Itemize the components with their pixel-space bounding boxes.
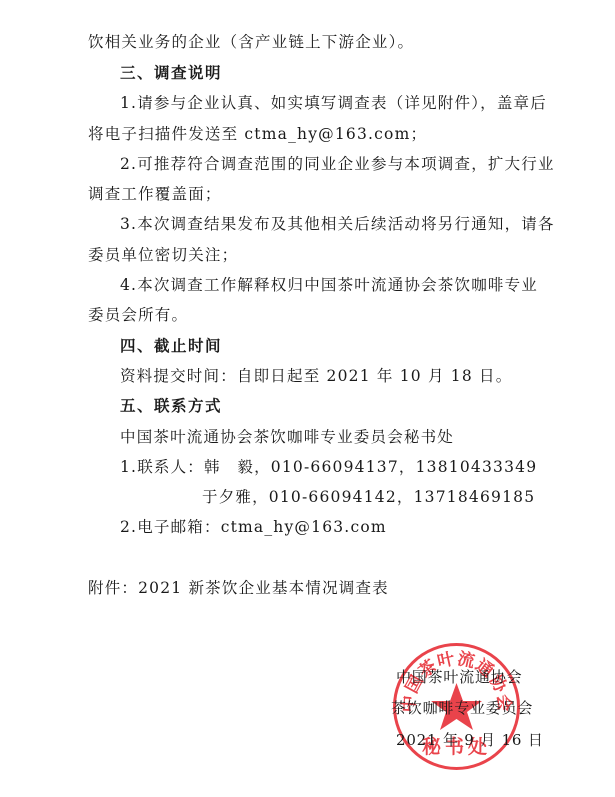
survey-note-4-line1: 4.本次调查工作解释权归中国茶叶流通协会茶饮咖啡专业 (120, 273, 538, 297)
section-heading-survey-notes: 三、调查说明 (120, 61, 222, 85)
contact-org: 中国茶叶流通协会茶饮咖啡专业委员会秘书处 (120, 425, 454, 449)
survey-note-1-line2: 将电子扫描件发送至 ctma_hy@163.com； (88, 122, 427, 146)
signature-date: 2021 年 9 月 16 日 (396, 729, 544, 751)
document-page: 饮相关业务的企业（含产业链上下游企业）。 三、调查说明 1.请参与企业认真、如实… (0, 0, 615, 797)
survey-note-2-line1: 2.可推荐符合调查范围的同业企业参与本项调查，扩大行业 (120, 152, 538, 176)
signature-org-line1: 中国茶叶流通协会 (396, 666, 522, 688)
survey-note-2-line2: 调查工作覆盖面； (88, 182, 222, 206)
survey-note-4-line2: 委员会所有。 (88, 303, 188, 327)
survey-note-3-line1: 3.本次调查结果发布及其他相关后续活动将另行通知，请各 (120, 212, 538, 236)
attachment-note: 附件：2021 新茶饮企业基本情况调查表 (88, 576, 389, 600)
survey-note-3-line2: 委员单位密切关注； (88, 243, 238, 267)
deadline-text: 资料提交时间：自即日起至 2021 年 10 月 18 日。 (120, 364, 512, 388)
contact-person-2: 于夕雅，010-66094142，13718469185 (202, 485, 535, 509)
section-heading-contact: 五、联系方式 (120, 394, 222, 418)
section-heading-deadline: 四、截止时间 (120, 334, 222, 358)
survey-note-1-line1: 1.请参与企业认真、如实填写调查表（详见附件），盖章后 (120, 91, 538, 115)
continuation-text: 饮相关业务的企业（含产业链上下游企业）。 (88, 30, 414, 54)
contact-person-1: 1.联系人：韩 毅，010-66094137，13810433349 (120, 455, 537, 479)
signature-org-line2: 茶饮咖啡专业委员会 (391, 697, 533, 719)
contact-email: 2.电子邮箱：ctma_hy@163.com (120, 515, 387, 539)
